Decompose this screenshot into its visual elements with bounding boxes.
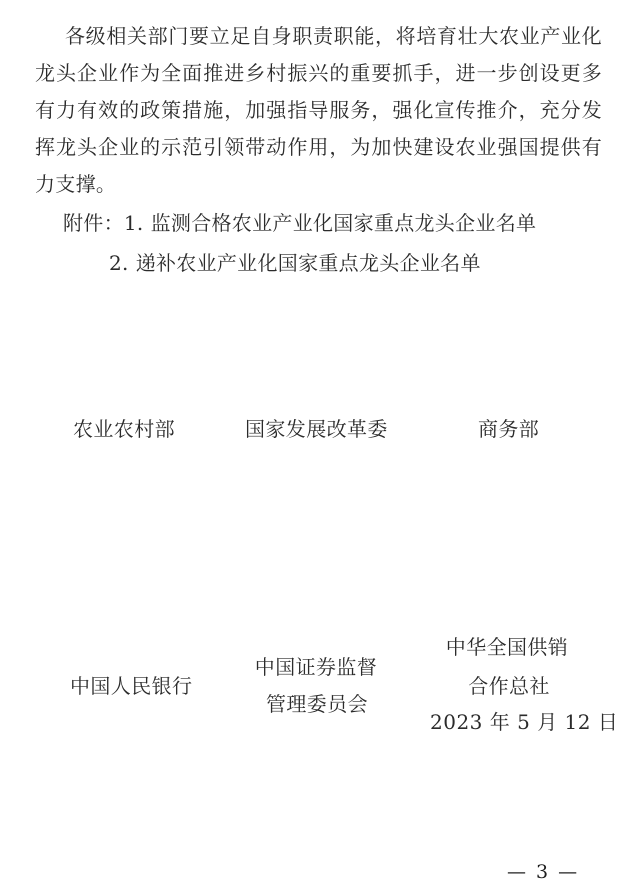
attachment-item-1-number: 1.	[124, 211, 144, 235]
body-paragraph: 各级相关部门要立足自身职责职能，将培育壮大农业产业化龙头企业作为全面推进乡村振兴…	[35, 18, 602, 203]
signatory-csrc-line1: 中国证券监督	[255, 651, 377, 680]
signatory-peoples-bank: 中国人民银行	[70, 670, 192, 699]
attachment-item-1-text: 监测合格农业产业化国家重点龙头企业名单	[151, 211, 537, 235]
signatory-ndrc: 国家发展改革委	[245, 413, 388, 442]
page-number: — 3 —	[507, 861, 579, 883]
document-page: 各级相关部门要立足自身职责职能，将培育壮大农业产业化龙头企业作为全面推进乡村振兴…	[0, 0, 632, 895]
document-date: 2023 年 5 月 12 日	[430, 706, 618, 735]
attachment-item-2: 2.递补农业产业化国家重点龙头企业名单	[63, 243, 536, 283]
attachment-label: 附件：	[63, 211, 124, 235]
attachment-block: 附件：1.监测合格农业产业化国家重点龙头企业名单 2.递补农业产业化国家重点龙头…	[63, 203, 536, 283]
attachment-item-2-text: 递补农业产业化国家重点龙头企业名单	[136, 251, 481, 275]
signatory-supply-coop-line1: 中华全国供销	[446, 631, 568, 660]
signatory-csrc-line2: 管理委员会	[266, 688, 368, 717]
attachment-item-1: 附件：1.监测合格农业产业化国家重点龙头企业名单	[63, 203, 536, 243]
signatory-agriculture-ministry: 农业农村部	[73, 413, 175, 442]
signatory-commerce-ministry: 商务部	[478, 413, 539, 442]
attachment-item-2-number: 2.	[109, 251, 129, 275]
signatory-supply-coop-line2: 合作总社	[468, 670, 550, 699]
